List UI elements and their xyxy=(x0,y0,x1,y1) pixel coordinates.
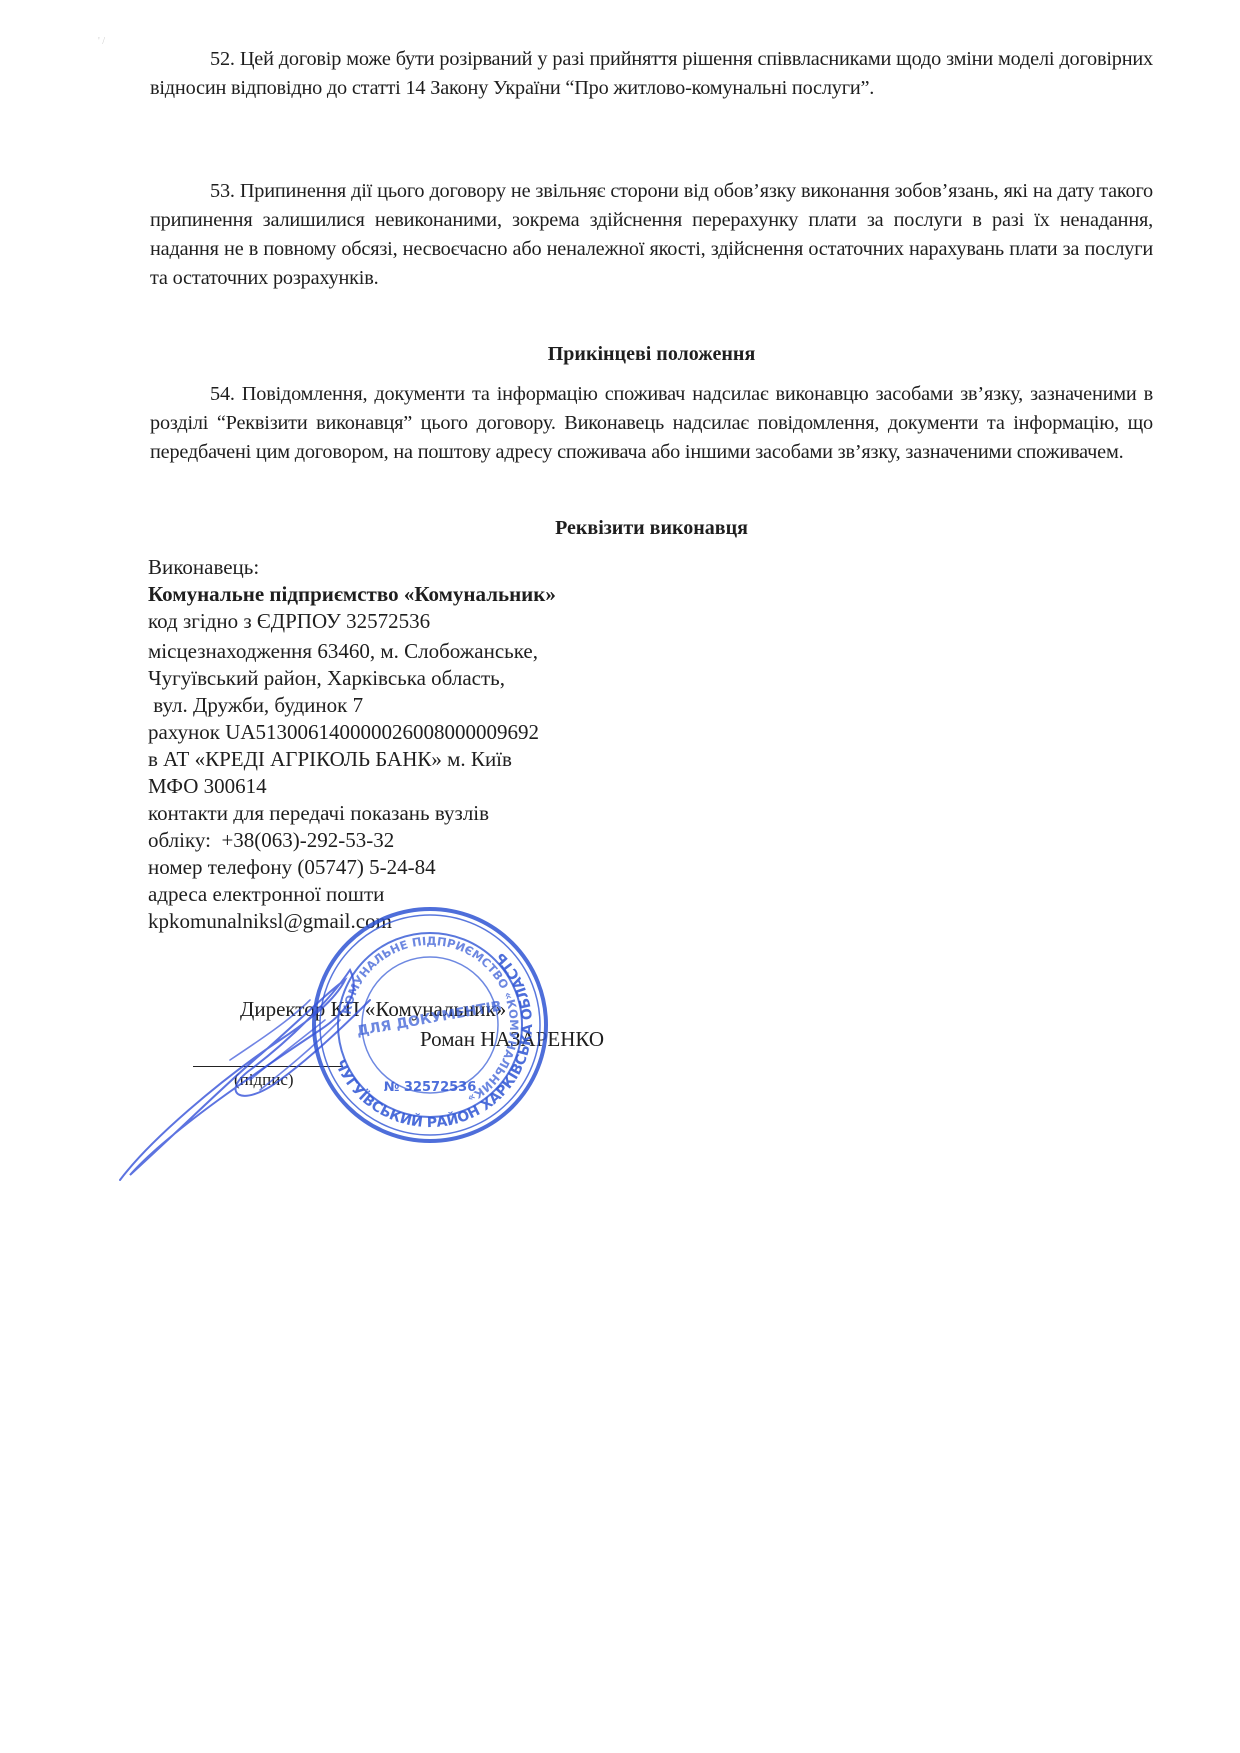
contractor-label: Виконавець: xyxy=(148,554,668,581)
contractor-address-line-2: Чугуївський район, Харківська область, xyxy=(148,665,668,692)
clause-53: 53. Припинення дії цього договору не зві… xyxy=(150,177,1153,293)
heading-final-provisions: Прикінцеві положення xyxy=(150,343,1153,366)
signatory-name: Роман НАЗАРЕНКО xyxy=(420,1027,604,1052)
svg-text:№ 32572536: № 32572536 xyxy=(384,1080,477,1095)
signatory-title: Директор КП «Комунальник» xyxy=(240,997,506,1022)
signature-line xyxy=(193,1066,343,1067)
contractor-email-label: адреса електронної пошти xyxy=(148,881,668,908)
contractor-bank: в АТ «КРЕДІ АГРІКОЛЬ БАНК» м. Київ xyxy=(148,746,668,773)
clause-52: 52. Цей договір може бути розірваний у р… xyxy=(150,45,1153,103)
clause-54: 54. Повідомлення, документи та інформаці… xyxy=(150,380,1153,467)
contractor-mfo: МФО 300614 xyxy=(148,773,668,800)
document-page: ' / 52. Цей договір може бути розірваний… xyxy=(0,0,1240,1753)
contractor-account: рахунок UA513006140000026008000009692 xyxy=(148,719,668,746)
scan-artifact: ' / xyxy=(98,36,105,47)
heading-contractor-details: Реквізити виконавця xyxy=(150,517,1153,540)
contractor-edrpou: код згідно з ЄДРПОУ 32572536 xyxy=(148,608,668,635)
contractor-meter-contacts-1: контакти для передачі показань вузлів xyxy=(148,800,668,827)
clause-53-text: 53. Припинення дії цього договору не зві… xyxy=(150,177,1153,293)
contractor-address-line-1: місцезнаходження 63460, м. Слобожанське, xyxy=(148,638,668,665)
contractor-phone: номер телефону (05747) 5-24-84 xyxy=(148,854,668,881)
clause-52-text: 52. Цей договір може бути розірваний у р… xyxy=(150,45,1153,103)
clause-54-text: 54. Повідомлення, документи та інформаці… xyxy=(150,380,1153,467)
official-stamp-icon: ЧУГУЇВСЬКИЙ РАЙОН ХАРКІВСЬКА ОБЛАСТЬ КОМ… xyxy=(310,905,550,1145)
contractor-meter-contacts-2: обліку: +38(063)-292-53-32 xyxy=(148,827,668,854)
contractor-address-line-3: вул. Дружби, будинок 7 xyxy=(148,692,668,719)
contractor-name: Комунальне підприємство «Комунальник» xyxy=(148,581,668,608)
contractor-details-block: Виконавець: Комунальне підприємство «Ком… xyxy=(148,554,668,935)
signature-caption: (підпис) xyxy=(234,1070,294,1090)
contractor-email: kpkomunalniksl@gmail.com xyxy=(148,908,668,935)
